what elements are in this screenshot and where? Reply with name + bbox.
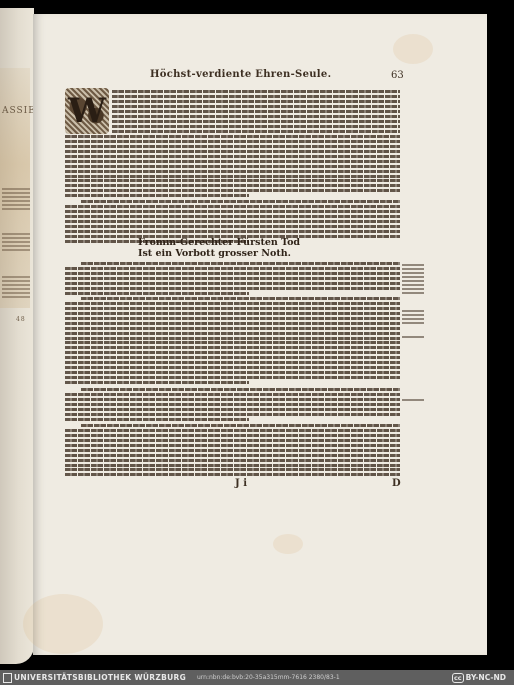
catchword: D bbox=[392, 478, 401, 489]
paragraph-1-body bbox=[65, 135, 400, 199]
previous-page-heading-fragment: ASSIE bbox=[2, 106, 36, 116]
institution-logo[interactable]: UNIVERSITÄTSBIBLIOTHEK WÜRZBURG bbox=[3, 673, 186, 683]
paragraph-6 bbox=[65, 424, 400, 478]
paragraph-3 bbox=[65, 262, 400, 297]
license-badge[interactable]: ccBY-NC-ND bbox=[452, 673, 506, 683]
urn-identifier: urn:nbn:de:bvb:20-35a315mm-7616 2380/83-… bbox=[197, 674, 340, 681]
paragraph-4 bbox=[65, 297, 400, 386]
footer-bar: UNIVERSITÄTSBIBLIOTHEK WÜRZBURG urn:nbn:… bbox=[0, 670, 514, 685]
margin-note bbox=[402, 399, 424, 403]
paragraph-1-opening bbox=[112, 90, 400, 134]
previous-page-number: 48 bbox=[16, 316, 26, 323]
previous-page-text bbox=[2, 188, 30, 212]
running-head: Höchst-verdiente Ehren-Seule. bbox=[150, 69, 331, 80]
margin-note bbox=[402, 310, 424, 326]
section-heading-line-1: Fromm-Gerechter Fürsten Tod bbox=[138, 237, 300, 248]
previous-page-edge: ASSIE 48 bbox=[0, 8, 34, 664]
margin-note bbox=[402, 336, 424, 340]
page-number: 63 bbox=[391, 70, 404, 81]
creative-commons-icon: cc bbox=[452, 673, 464, 683]
decorated-initial: W bbox=[65, 88, 109, 134]
margin-note bbox=[402, 264, 424, 296]
section-heading-line-2: Ist ein Vorbott grosser Noth. bbox=[138, 248, 291, 259]
library-logo-icon bbox=[3, 673, 12, 683]
paragraph-5 bbox=[65, 388, 400, 423]
signature-mark: J i bbox=[235, 478, 247, 489]
